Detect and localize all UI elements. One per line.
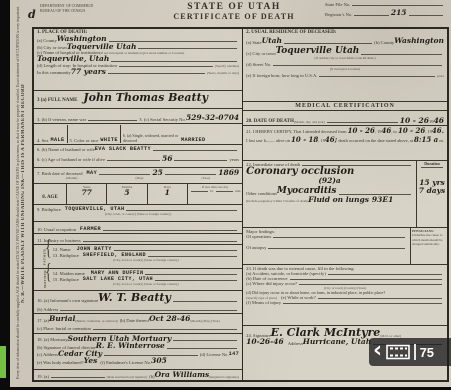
burial-num: 17. (a) xyxy=(37,318,49,323)
header-scribble: d xyxy=(28,9,36,20)
other-conditions-label: Other conditions xyxy=(246,191,277,196)
agency-block: DEPARTMENT OF COMMERCE BUREAU OF THE CEN… xyxy=(40,4,93,13)
physicians-note-box: PHYSICIANS: Underline the cause to which… xyxy=(410,228,447,264)
title-block: STATE OF UTAH CERTIFICATE OF DEATH xyxy=(144,2,324,21)
blank-line xyxy=(318,297,442,299)
mortuary-label: 18. (a) Mortuary xyxy=(37,337,68,342)
industry-label: 11. Industry or business xyxy=(37,238,81,243)
blank-line xyxy=(126,209,237,211)
informant-section: 16. (a) Informant's own signature W. T. … xyxy=(34,291,242,314)
mother-birthplace-label: 15. Birthplace xyxy=(53,277,79,282)
blank-line xyxy=(299,283,442,285)
blank-line xyxy=(93,328,237,330)
street-label: (d) Street No. xyxy=(246,62,271,67)
sex-color-marital-section: 4. Sex MALE 5. Color or race WHITE 6. (a… xyxy=(34,124,242,145)
blank-line xyxy=(153,149,237,151)
residence-county-label: (b) County xyxy=(374,40,394,45)
blank-line xyxy=(409,14,443,16)
attended-from-value: 10 - 26 xyxy=(348,126,375,135)
blank-line xyxy=(319,75,434,77)
time-of-death-value: 8:15 a xyxy=(414,135,438,144)
last-saw-text: I last saw h—— alive on xyxy=(246,138,290,143)
residence-city-label: (c) City or town xyxy=(246,51,275,56)
residence-state-label: (a) State xyxy=(246,40,261,45)
blank-line xyxy=(174,159,227,161)
operations-label: Of operations xyxy=(246,234,271,239)
secondary-code: 93E1 xyxy=(372,196,393,204)
min-label: min. xyxy=(235,189,241,193)
viewer-scroll-indicator[interactable] xyxy=(0,346,6,378)
residence-city-value: Toquerville Utah xyxy=(276,47,360,56)
residence-heading: 2. USUAL RESIDENCE OF DECEASED: xyxy=(246,30,444,35)
secondary-condition-value: Fluid on lungs xyxy=(308,196,369,204)
embalmed-value: Yes xyxy=(84,357,98,365)
blank-line xyxy=(167,347,237,349)
blank-line xyxy=(290,278,442,280)
informant-label: 16. (a) Informant's own signature xyxy=(37,298,98,303)
community-value: 77 years xyxy=(71,68,106,76)
blank-line xyxy=(108,72,205,74)
blank-line xyxy=(145,273,237,275)
residence-state-value: Utah xyxy=(262,37,282,45)
filmstrip-icon[interactable] xyxy=(386,344,410,360)
blank-line xyxy=(173,300,237,302)
date-of-death-label: 20. DATE OF DEATH xyxy=(246,119,294,124)
margin-instructions: Every item of information should be care… xyxy=(10,0,32,387)
day-note: (Day) xyxy=(136,176,144,180)
blank-line xyxy=(148,255,237,257)
divider xyxy=(120,125,121,143)
form-right-column: 2. USUAL RESIDENCE OF DECEASED: (a) Stat… xyxy=(243,29,447,380)
ssn-label: 3. (c) Social Security No. xyxy=(139,117,186,122)
spouse-value: EVA SLACK BEATTY xyxy=(95,146,151,152)
full-name-section: 3 (a) FULL NAME John Thomas Beatty xyxy=(34,91,242,109)
blank-line xyxy=(327,121,398,123)
physician-address-value: Hurricane, Utah xyxy=(303,338,371,346)
certificate-state-title: STATE OF UTAH xyxy=(144,2,324,12)
margin-fine-print: Every item of information should be care… xyxy=(16,9,20,379)
county-label: (a) County xyxy=(37,38,57,43)
occupation-value: FARMER xyxy=(80,226,101,232)
major-findings-section: Major findings: Of operations Of autopsy… xyxy=(243,228,447,265)
ssn-value: 529-32-0704 xyxy=(186,114,239,122)
y3-prefix: , 19 xyxy=(318,138,325,143)
blank-line xyxy=(216,190,233,192)
blank-line xyxy=(88,119,137,121)
foreign-born-label: (e) If foreign born, how long in U.S.A. xyxy=(246,73,317,78)
margin-warning: N. B.—WRITE PLAINLY WITH UNFADING INK—TH… xyxy=(21,84,26,303)
burial-method: Burial xyxy=(49,315,75,323)
registrar-no-label: Registrar's No. xyxy=(325,12,352,17)
viewer-canvas: { "viewer": { "prev_label": "‹", "page_n… xyxy=(0,0,451,390)
blank-line xyxy=(114,249,237,251)
y3-value: 46; xyxy=(325,135,337,144)
age-section: 8. AGE Years 77 Months 5 Days 1 If less … xyxy=(34,184,242,205)
blank-line xyxy=(173,339,237,341)
agency-bureau: BUREAU OF THE CENSUS xyxy=(40,9,93,14)
mother-birthplace-note: (City, town or county) (State or foreign… xyxy=(53,282,239,286)
age-years: 77 xyxy=(68,189,105,197)
age-days: 1 xyxy=(149,189,186,197)
y1-value: 46 xyxy=(381,126,391,135)
time-suffix: m. xyxy=(439,138,444,143)
informant-address-label: (b) Address xyxy=(37,307,58,312)
divider xyxy=(67,125,68,143)
previous-image-button[interactable]: ‹ xyxy=(373,340,382,362)
city-value: Toquerville Utah xyxy=(67,43,137,51)
date-of-death-value: 10 - 26 xyxy=(400,117,429,125)
community-label: In this community xyxy=(37,70,71,75)
blank-line xyxy=(191,190,208,192)
page-number: 75 xyxy=(420,345,434,360)
blank-line xyxy=(354,14,388,16)
date-of-death-note: (Month, day, and year) xyxy=(294,120,325,124)
color-label: 5. Color or race xyxy=(70,138,99,143)
duration-column: Duration 15 yrs 7 days xyxy=(416,161,447,227)
blank-line xyxy=(165,173,216,175)
community-note: (Years, months or days) xyxy=(207,71,239,75)
occurred-text: death occurred on the date stated above,… xyxy=(338,138,413,143)
autopsy-label: Of autopsy xyxy=(246,245,266,250)
spouse-age-value: 56 xyxy=(162,155,172,163)
license-value: 147 xyxy=(229,351,240,357)
viewer-toolbar: ‹ 75 xyxy=(369,338,451,366)
mother-section: MOTHER { 14. Maiden name MARY ANN DUFFIN… xyxy=(34,269,242,291)
veteran-label: 3. (b) If veteran, name war xyxy=(37,117,86,122)
to-word: , to xyxy=(391,129,397,134)
death-certificate-scan: Every item of information should be care… xyxy=(10,0,451,387)
mortuary-section: 18. (a) Mortuary Southern Utah Mortuary … xyxy=(34,334,242,371)
marital-value: MARRIED xyxy=(181,137,206,143)
date-of-death-section: 20. DATE OF DEATH (Month, day, and year)… xyxy=(243,111,447,126)
sex-value: MALE xyxy=(50,137,64,143)
external-e-label: (e) While at work? xyxy=(281,295,315,300)
registrar-date-note: (Date received local registrar) xyxy=(107,375,148,379)
physicians-note: Underline the cause to which death shoul… xyxy=(412,233,442,246)
stay-note: (Specify whether) xyxy=(215,64,239,68)
father-name-label: 12. Name xyxy=(53,247,71,252)
month-note: (Month) xyxy=(66,176,77,180)
state-file-label: State File No. xyxy=(325,2,350,7)
license-label: (d) License No. xyxy=(200,352,229,357)
registrar-section: 19. (a) (Date received local registrar) … xyxy=(34,370,242,380)
blank-line xyxy=(60,309,237,311)
hospital-value: Toquerville, Utah xyxy=(37,55,109,63)
blank-line xyxy=(273,236,405,238)
pregnancy-note: (Include pregnancy within 3 months of de… xyxy=(246,199,308,203)
hospital-note: (If not in hospital or institution give … xyxy=(100,51,185,55)
blank-line xyxy=(83,240,237,242)
sex-label: 4. Sex xyxy=(37,138,48,143)
embalmed-label: (e) Was body embalmed? xyxy=(37,360,84,365)
funeral-director-signature: R. E. Winterrose xyxy=(96,342,165,350)
occupation-section: 10. Usual occupation FARMER xyxy=(34,222,242,234)
birthplace-section: 9. Birthplace TOQUERVILLE, UTAH (City, t… xyxy=(34,205,242,221)
spouse-section: 6. (b) Name of husband or wife EVA SLACK… xyxy=(34,145,242,168)
blank-line xyxy=(421,166,443,168)
blank-line xyxy=(99,173,150,175)
signature-date-value: 10-26-46 xyxy=(246,338,284,346)
burial-method-note: (Burial, cremation, or removal) xyxy=(75,319,117,323)
blank-line xyxy=(283,302,442,304)
embalmer-license-label: (f) Embalmer's License No. xyxy=(100,360,151,365)
spouse-age-label: 6. (c) Age of husband or wife if alive xyxy=(37,157,105,162)
blank-line xyxy=(273,64,442,66)
registrar-num: 19. (a) xyxy=(37,374,49,379)
veteran-ssn-section: 3. (b) If veteran, name war 3. (c) Socia… xyxy=(34,109,242,124)
blank-line xyxy=(103,229,237,231)
mortuary-address-label: (c) Address xyxy=(37,352,58,357)
blank-line xyxy=(284,42,372,44)
embalmer-license-value: 305 xyxy=(151,357,167,365)
blank-line xyxy=(328,273,442,275)
blank-line xyxy=(51,376,105,378)
registrar-sig-note: (Registrar's signature) xyxy=(209,375,239,379)
certificate-title: CERTIFICATE OF DEATH xyxy=(144,12,324,21)
spouse-label: 6. (b) Name of husband or wife xyxy=(37,147,95,152)
mother-birthplace-value: SALT LAKE CITY, UTAH xyxy=(83,276,153,282)
foreign-born-suffix: years xyxy=(437,74,444,78)
blank-line xyxy=(111,60,237,62)
blank-line xyxy=(268,247,405,249)
informant-signature: W. T. Beatty xyxy=(98,292,171,303)
street-note: (If rural give location) xyxy=(246,67,444,71)
dod-year-value: 46 xyxy=(434,117,444,125)
birth-year: 1869 xyxy=(218,169,239,177)
father-birthplace-note: (City, town or county) (State or foreign… xyxy=(53,258,239,262)
birth-date-section: 7. Birth date of deceased MAY 25 1869 (M… xyxy=(34,168,242,184)
last-saw-value: 10 - 18 xyxy=(291,135,318,144)
blank-line xyxy=(361,53,442,55)
birthplace-note: (City, town, or county) (State or foreig… xyxy=(37,212,239,216)
physician-address-label: Address xyxy=(288,341,303,346)
birthplace-label: 9. Birthplace xyxy=(37,207,61,212)
certificate-header: d DEPARTMENT OF COMMERCE BUREAU OF THE C… xyxy=(34,1,449,26)
hr-label: hr. xyxy=(210,189,214,193)
burial-date-note: (Month) (Day) (Year) xyxy=(190,319,219,323)
burial-section: 17. (a) Burial (Burial, cremation, or re… xyxy=(34,314,242,334)
registrar-signature: Ora Williams xyxy=(155,371,210,379)
industry-section: 11. Industry or business xyxy=(34,234,242,245)
birth-day: 25 xyxy=(152,169,162,177)
form-left-column: 1. PLACE OF DEATH: (a) County Washington… xyxy=(34,29,243,380)
full-name-label: 3 (a) FULL NAME xyxy=(37,98,77,103)
toolbar-divider xyxy=(414,344,416,360)
father-birthplace-label: 13. Birthplace xyxy=(53,253,79,258)
place-of-death-section: 1. PLACE OF DEATH: (a) County Washington… xyxy=(34,29,242,91)
cause-code: (92)a xyxy=(246,177,413,185)
external-f-label: (f) Means of injury xyxy=(246,300,281,305)
blank-line xyxy=(352,4,443,6)
cause-of-death-section: 22. Immediate cause of death Coronary oc… xyxy=(243,161,447,228)
certificate-form: 1. PLACE OF DEATH: (a) County Washington… xyxy=(32,27,449,382)
birth-month: MAY xyxy=(87,170,98,176)
age-label: 8. AGE xyxy=(42,195,58,200)
spouse-age-suffix: years xyxy=(229,157,239,162)
mother-name-label: 14. Maiden name xyxy=(53,271,85,276)
year-note: (Year) xyxy=(202,176,211,180)
father-section: FATHER { 12. Name JOHN BATTY 13. Birthpl… xyxy=(34,245,242,268)
full-name-value: John Thomas Beatty xyxy=(83,92,208,103)
blank-line xyxy=(155,279,237,281)
blank-line xyxy=(119,65,213,67)
age-months: 5 xyxy=(108,189,145,197)
certify-text: 21. I HEREBY CERTIFY, That I attended de… xyxy=(246,129,346,134)
blank-line xyxy=(107,159,160,161)
blank-line xyxy=(138,47,237,49)
burial-place-label: (c) Place: burial or cremation xyxy=(37,326,91,331)
color-value: WHITE xyxy=(100,137,118,143)
file-number-block: State File No. Registrar's No. 215 xyxy=(325,2,445,19)
burial-date-value: Oct 28-46 xyxy=(149,315,190,323)
medical-certification-heading: MEDICAL CERTIFICATION xyxy=(243,102,447,111)
agency-dept: DEPARTMENT OF COMMERCE xyxy=(40,4,93,9)
residence-city-note: (If outside city or town limits write RU… xyxy=(246,56,444,60)
residence-county-value: Washington xyxy=(394,37,444,45)
external-c-label: (c) Where did injury occur? xyxy=(246,281,297,286)
external-cause-section: 23. If death was due to external cause, … xyxy=(243,265,447,326)
y2-prefix: , 19 xyxy=(425,129,432,134)
secondary-duration-value: 7 days xyxy=(419,187,446,195)
certify-section: 21. I HEREBY CERTIFY, That I attended de… xyxy=(243,126,447,161)
burial-date-label: (b) Date thereof xyxy=(120,318,149,323)
registrar-no-value: 215 xyxy=(391,9,407,17)
occupation-label: 10. Usual occupation xyxy=(37,227,76,232)
residence-section: 2. USUAL RESIDENCE OF DECEASED: (a) Stat… xyxy=(243,29,447,102)
marital-label: 6. (a) Single, widowed, married or divor… xyxy=(123,133,181,143)
